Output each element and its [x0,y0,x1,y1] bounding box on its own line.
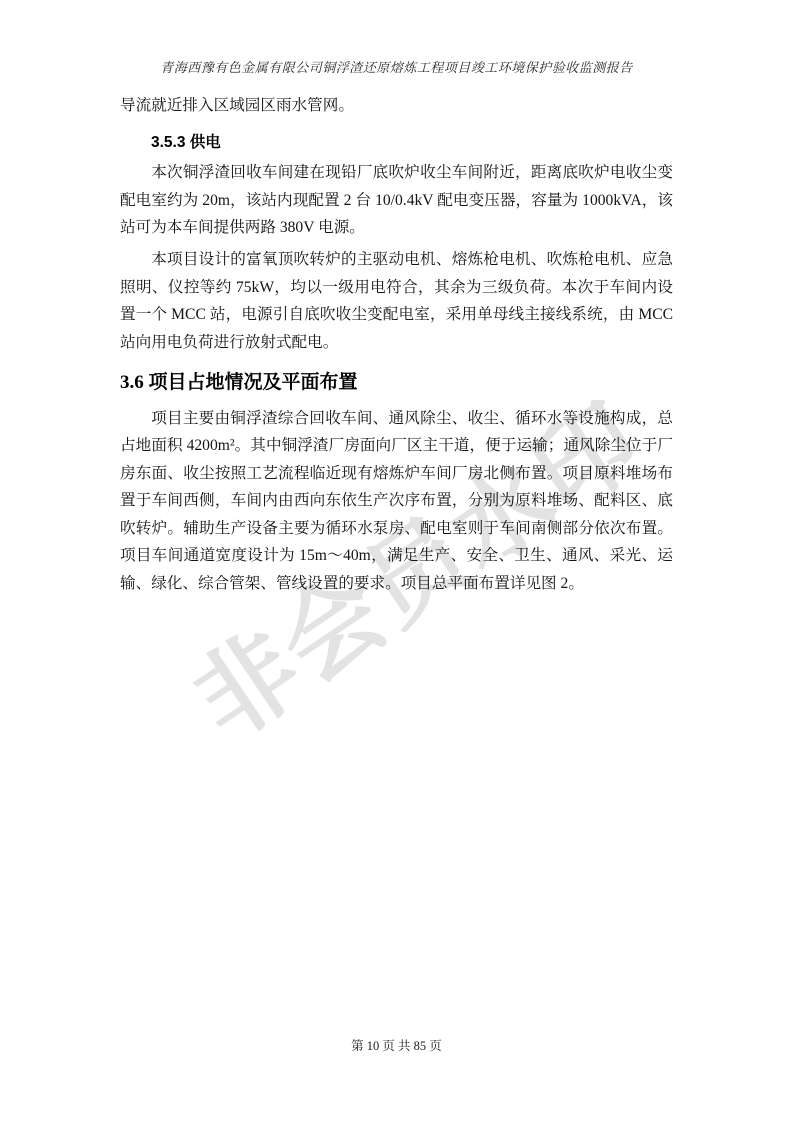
document-page: 非会员水印 青海西豫有色金属有限公司铜浮渣还原熔炼工程项目竣工环境保护验收监测报… [0,0,793,1122]
power-supply-paragraph-2: 本项目设计的富氧顶吹转炉的主驱动电机、熔炼枪电机、吹炼枪电机、应急照明、仪控等约… [120,246,673,356]
page-number-footer: 第 10 页 共 85 页 [0,1036,793,1054]
site-layout-paragraph: 项目主要由铜浮渣综合回收车间、通风除尘、收尘、循环水等设施构成，总占地面积 42… [120,405,673,598]
page-header-title: 青海西豫有色金属有限公司铜浮渣还原熔炼工程项目竣工环境保护验收监测报告 [0,57,793,76]
power-supply-paragraph-1: 本次铜浮渣回收车间建在现铅厂底吹炉收尘车间附近，距离底吹炉电收尘变配电室约为 2… [120,159,673,242]
heading-power-supply: 3.5.3 供电 [120,129,673,157]
continuation-paragraph: 导流就近排入区域园区雨水管网。 [120,92,673,120]
document-body: 导流就近排入区域园区雨水管网。 3.5.3 供电 本次铜浮渣回收车间建在现铅厂底… [120,92,673,602]
heading-site-layout: 3.6 项目占地情况及平面布置 [120,369,673,397]
